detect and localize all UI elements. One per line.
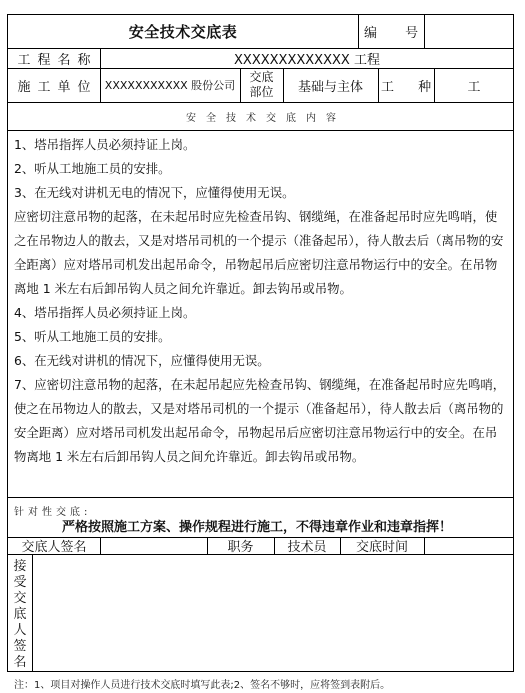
content-item: 7、应密切注意吊物的起落，在未起吊起应先检查吊钩、钢缆绳，在准备起吊时应先鸣哨，…	[14, 373, 508, 469]
footer-note: 注：1、项目对操作人员进行技术交底时填写此表;2、签名不够时，应将签到表附后。	[14, 676, 390, 691]
row-divider	[8, 497, 513, 498]
number-label: 编 号	[358, 15, 424, 48]
disclosure-part-label-line2: 部位	[249, 85, 273, 100]
discloser-signature-label: 交底人签名	[8, 537, 100, 554]
disclosure-time-label: 交底时间	[340, 537, 424, 554]
safety-disclosure-form: 安全技术交底表 编 号 工程名称 XXXXXXXXXXXXX 工程 施工单位 X…	[7, 14, 514, 672]
targeted-disclosure-text: 严格按照施工方案、操作规程进行施工，不得违章作业和违章指挥！	[62, 516, 452, 535]
trade-label: 工 种	[378, 68, 434, 102]
disclosure-part-label: 交底 部位	[240, 68, 283, 102]
disclosure-time-field[interactable]	[424, 537, 514, 554]
disclosure-content: 1、塔吊指挥人员必须持证上岗。 2、听从工地施工员的安排。 3、在无线对讲机无电…	[14, 133, 508, 469]
disclosure-part-label-line1: 交底	[249, 70, 273, 85]
construction-unit-value[interactable]: XXXXXXXXXXX 股份公司	[100, 68, 240, 102]
disclosure-part-value[interactable]: 基础与主体	[283, 68, 378, 102]
receiver-label-char: 人	[13, 624, 26, 637]
receiver-label-char: 接	[13, 560, 26, 573]
project-name-value[interactable]: XXXXXXXXXXXXX 工程	[100, 48, 514, 68]
receiver-signature-field[interactable]	[33, 555, 514, 672]
discloser-signature-field[interactable]	[100, 537, 207, 554]
content-item: 2、听从工地施工员的安排。	[14, 157, 508, 181]
receiver-label-char: 名	[13, 656, 26, 669]
content-item: 应密切注意吊物的起落，在未起吊时应先检查吊钩、钢缆绳，在准备起吊时应先鸣哨，使之…	[14, 205, 508, 301]
trade-value[interactable]: 工	[434, 68, 514, 102]
receiver-label-char: 交	[13, 592, 26, 605]
receiver-label-char: 底	[13, 608, 26, 621]
content-section-title: 安全技术交底内容	[8, 102, 514, 130]
content-item: 6、在无线对讲机的情况下，应懂得使用无误。	[14, 349, 508, 373]
form-title: 安全技术交底表	[8, 15, 358, 48]
number-field[interactable]	[424, 15, 514, 48]
project-name-label: 工程名称	[8, 48, 100, 68]
position-label: 职务	[207, 537, 274, 554]
content-item: 4、塔吊指挥人员必须持证上岗。	[14, 301, 508, 325]
receiver-label-char: 签	[13, 640, 26, 653]
content-item: 3、在无线对讲机无电的情况下，应懂得使用无误。	[14, 181, 508, 205]
receiver-signature-label: 接 受 交 底 人 签 名	[8, 556, 32, 673]
content-item: 5、听从工地施工员的安排。	[14, 325, 508, 349]
construction-unit-label: 施工单位	[8, 68, 100, 102]
content-item: 1、塔吊指挥人员必须持证上岗。	[14, 133, 508, 157]
position-value[interactable]: 技术员	[274, 537, 340, 554]
row-divider	[8, 130, 513, 131]
receiver-label-char: 受	[13, 576, 26, 589]
